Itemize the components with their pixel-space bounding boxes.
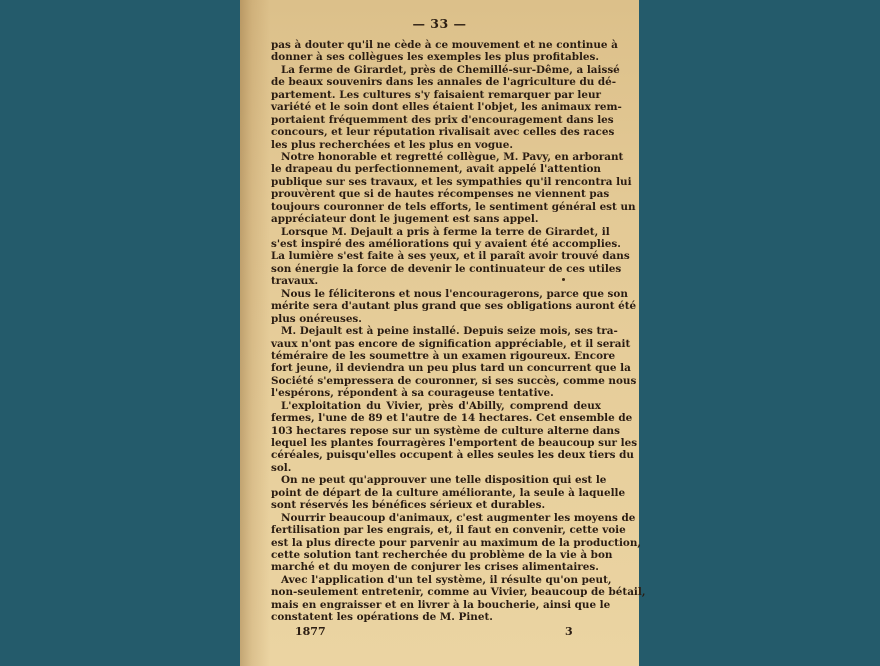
text-line: lequel les plantes fourragères l'emporte… xyxy=(271,437,601,449)
text-line: donner à ses collègues les exemples les … xyxy=(271,51,601,63)
text-line: céréales, puisqu'elles occupent à elles … xyxy=(271,449,601,461)
text-line: On ne peut qu'approuver une telle dispos… xyxy=(271,474,601,486)
text-line: L'exploitation du Vivier, près d'Abilly,… xyxy=(271,400,601,412)
text-line: appréciateur dont le jugement est sans a… xyxy=(271,213,601,225)
text-line: partement. Les cultures s'y faisaient re… xyxy=(271,89,601,101)
text-line: sol. xyxy=(271,462,601,474)
text-line: 103 hectares repose sur un système de cu… xyxy=(271,425,601,437)
text-line: s'est inspiré des améliorations qui y av… xyxy=(271,238,601,250)
text-line: les plus recherchées et les plus en vogu… xyxy=(271,139,601,151)
text-line: Lorsque M. Dejault a pris à ferme la ter… xyxy=(271,226,601,238)
text-line: fertilisation par les engrais, et, il fa… xyxy=(271,524,601,536)
text-line: fermes, l'une de 89 et l'autre de 14 hec… xyxy=(271,412,601,424)
text-line: l'espérons, répondent à sa courageuse te… xyxy=(271,387,601,399)
text-line: portaient fréquemment des prix d'encoura… xyxy=(271,114,601,126)
body-text: pas à douter qu'il ne cède à ce mouvemen… xyxy=(271,39,601,624)
text-line: cette solution tant recherchée du problè… xyxy=(271,549,601,561)
footer-year: 1877 xyxy=(295,625,326,638)
text-line: plus onéreuses. xyxy=(271,313,601,325)
text-line: sont réservés les bénéfices sérieux et d… xyxy=(271,499,601,511)
ink-spot xyxy=(562,278,565,281)
text-line: toujours couronner de tels efforts, le s… xyxy=(271,201,601,213)
text-line: son énergie la force de devenir le conti… xyxy=(271,263,601,275)
text-line: Nous le féliciterons et nous l'encourage… xyxy=(271,288,601,300)
text-line: publique sur ses travaux, et les sympath… xyxy=(271,176,601,188)
scanned-page: — 33 — pas à douter qu'il ne cède à ce m… xyxy=(240,0,639,666)
text-line: mérite sera d'autant plus grand que ses … xyxy=(271,300,601,312)
signature-mark: 3 xyxy=(565,625,573,638)
text-line: Nourrir beaucoup d'animaux, c'est augmen… xyxy=(271,512,601,524)
text-line: Société s'empressera de couronner, si se… xyxy=(271,375,601,387)
text-line: Avec l'application d'un tel système, il … xyxy=(271,574,601,586)
text-line: point de départ de la culture améliorant… xyxy=(271,487,601,499)
text-line: M. Dejault est à peine installé. Depuis … xyxy=(271,325,601,337)
text-line: téméraire de les soumettre à un examen r… xyxy=(271,350,601,362)
text-line: travaux. xyxy=(271,275,601,287)
text-line: non-seulement entretenir, comme au Vivie… xyxy=(271,586,601,598)
text-line: variété et le soin dont elles étaient l'… xyxy=(271,101,601,113)
text-line: marché et du moyen de conjurer les crise… xyxy=(271,561,601,573)
text-line: concours, et leur réputation rivalisait … xyxy=(271,126,601,138)
text-line: pas à douter qu'il ne cède à ce mouvemen… xyxy=(271,39,601,51)
text-line: mais en engraisser et en livrer à la bou… xyxy=(271,599,601,611)
text-line: vaux n'ont pas encore de signification a… xyxy=(271,338,601,350)
text-line: est la plus directe pour parvenir au max… xyxy=(271,537,601,549)
text-line: fort jeune, il deviendra un peu plus tar… xyxy=(271,362,601,374)
text-line: de beaux souvenirs dans les annales de l… xyxy=(271,76,601,88)
text-line: La lumière s'est faite à ses yeux, et il… xyxy=(271,250,601,262)
text-line: constatent les opérations de M. Pinet. xyxy=(271,611,601,623)
text-line: le drapeau du perfectionnement, avait ap… xyxy=(271,163,601,175)
page-number: — 33 — xyxy=(240,16,639,31)
text-line: Notre honorable et regretté collègue, M.… xyxy=(271,151,601,163)
text-line: La ferme de Girardet, près de Chemillé-s… xyxy=(271,64,601,76)
text-line: prouvèrent que si de hautes récompenses … xyxy=(271,188,601,200)
